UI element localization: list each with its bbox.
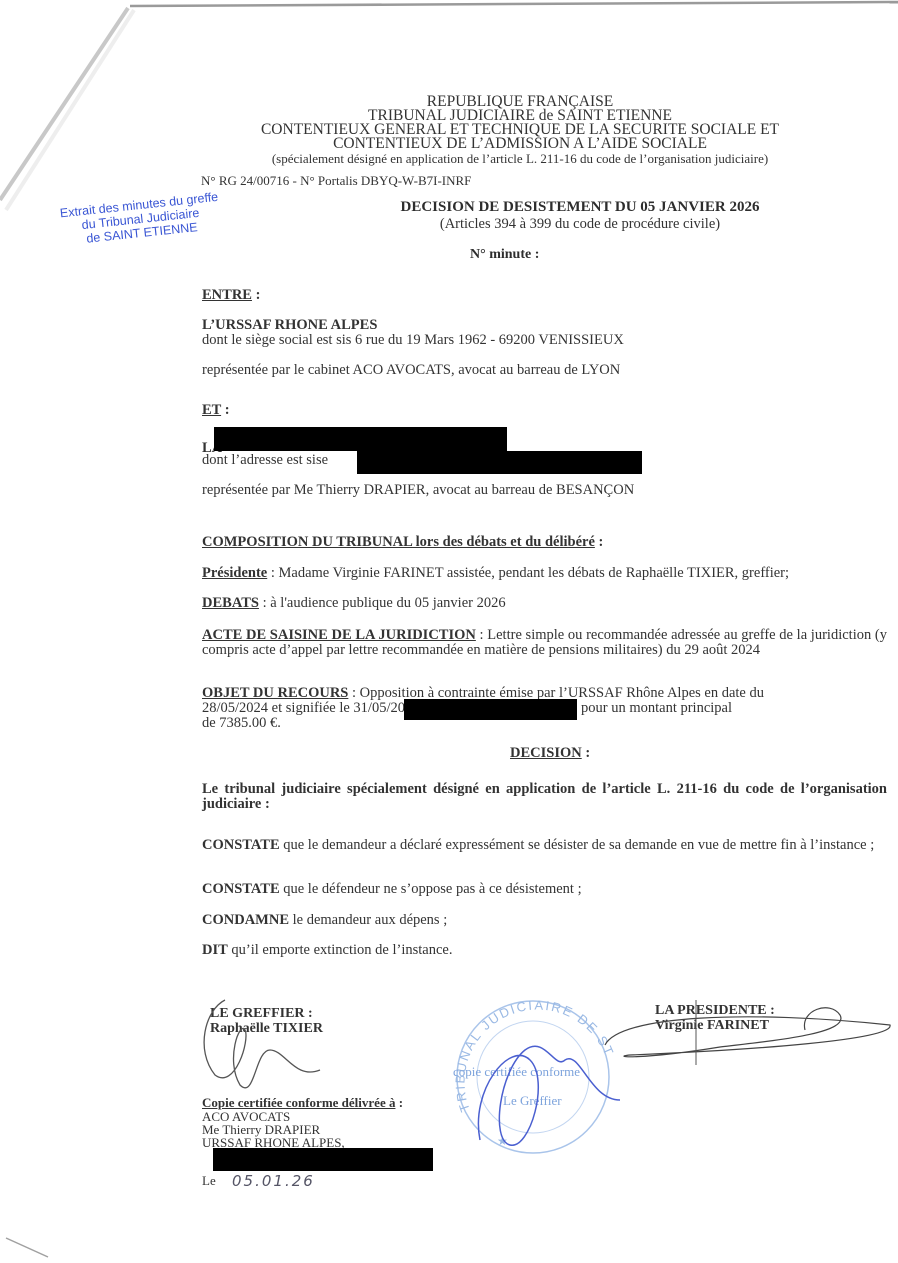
plaintiff-name: L’URSSAF RHONE ALPES (202, 318, 377, 333)
presidente-signature (600, 995, 895, 1070)
decision-item-3: CONDAMNE le demandeur aux dépens ; (202, 913, 887, 928)
copies-date-handwritten: 05.01.26 (232, 1172, 315, 1190)
decision-item-2: CONSTATE que le défendeur ne s’oppose pa… (202, 882, 887, 897)
composition-heading: COMPOSITION DU TRIBUNAL lors des débats … (202, 535, 603, 550)
greffier-signature (195, 990, 325, 1100)
decision-item-1: CONSTATE que le demandeur a déclaré expr… (202, 838, 887, 853)
saisine-paragraph: ACTE DE SAISINE DE LA JURIDICTION : Lett… (202, 628, 887, 658)
decision-item-4: DIT qu’il emporte extinction de l’instan… (202, 943, 887, 958)
header-designation: (spécialement désigné en application de … (180, 151, 860, 166)
decision-heading: DECISION : (510, 746, 590, 761)
redaction-defendant-name (214, 427, 507, 451)
decision-title: DECISION DE DESISTEMENT DU 05 JANVIER 20… (300, 199, 860, 216)
copies-heading: Copie certifiée conforme délivrée à : (202, 1096, 403, 1110)
debats-line: DEBATS : à l'audience publique du 05 jan… (202, 596, 887, 611)
redaction-defendant-address (357, 451, 642, 474)
presidente-line: Présidente : Madame Virginie FARINET ass… (202, 566, 887, 581)
objet-line-4: de 7385.00 €. (202, 716, 281, 731)
decision-subtitle: (Articles 394 à 399 du code de procédure… (300, 216, 860, 233)
defendant-address-prefix: dont l’adresse est sise (202, 453, 328, 468)
redaction-objet-party (404, 699, 577, 720)
et-heading: ET : (202, 403, 230, 418)
greffe-extract-stamp: Extrait des minutes du greffe du Tribuna… (46, 188, 234, 249)
plaintiff-address: dont le siège social est sis 6 rue du 19… (202, 333, 624, 348)
plaintiff-counsel: représentée par le cabinet ACO AVOCATS, … (202, 363, 620, 378)
copies-date-prefix: Le (202, 1173, 216, 1188)
objet-line-3: pour un montant principal (581, 701, 732, 716)
header-contentieux-2: CONTENTIEUX DE L’ADMISSION A L’AIDE SOCI… (180, 136, 860, 151)
decision-intro: Le tribunal judiciaire spécialement dési… (202, 782, 887, 812)
case-reference: N° RG 24/00716 - N° Portalis DBYQ-W-B7I-… (201, 173, 471, 189)
redaction-copies-recipient (213, 1148, 433, 1171)
entre-heading: ENTRE : (202, 288, 260, 303)
defendant-counsel: représentée par Me Thierry DRAPIER, avoc… (202, 483, 634, 498)
minute-number-label: N° minute : (470, 247, 539, 263)
